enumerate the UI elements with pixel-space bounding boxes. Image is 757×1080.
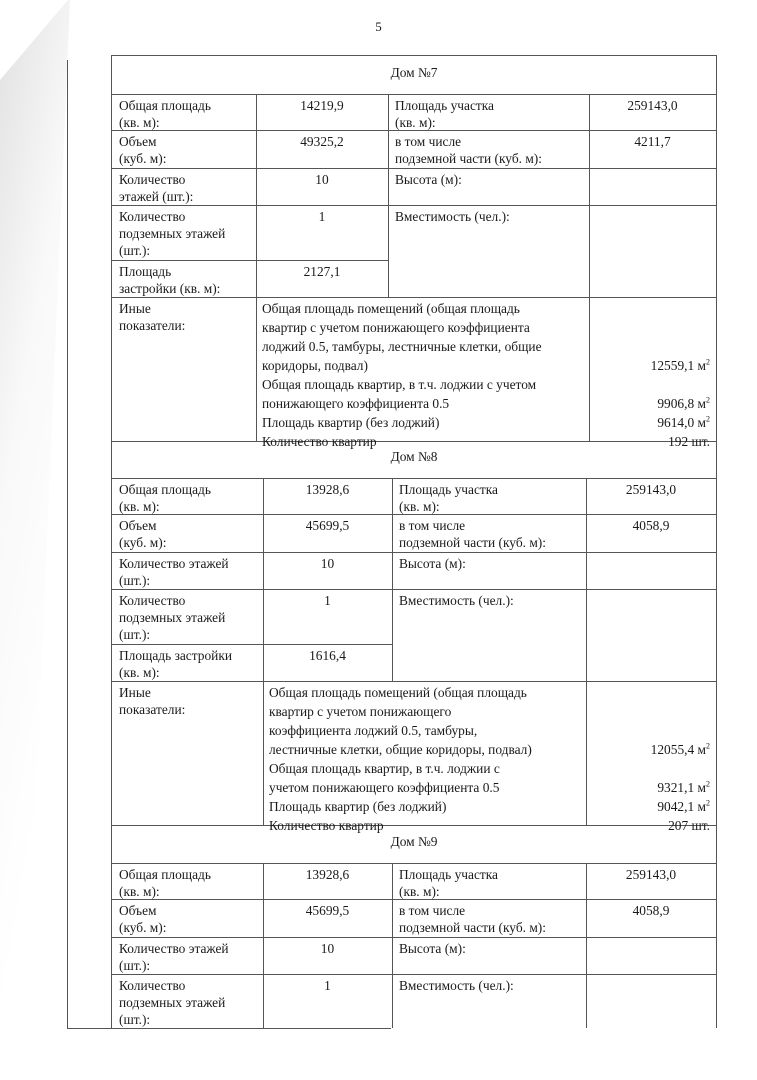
total-area-label: Общая площадь(кв. м): <box>112 866 263 900</box>
indicator-line: понижающего коэффициента 0.5 <box>262 395 583 414</box>
underground-floors-value: 1 <box>256 208 388 225</box>
other-indicators-label: Иныепоказатели: <box>112 684 263 718</box>
row-divider <box>112 644 392 645</box>
underground-floors-label: Количествоподземных этажей(шт.): <box>112 592 263 643</box>
spacer <box>589 376 710 395</box>
house-title: Дом №9 <box>112 834 716 850</box>
indicator-line: квартир с учетом понижающего коэффициент… <box>262 319 583 338</box>
underground-floors-value: 1 <box>263 977 392 994</box>
floors-label: Количествоэтажей (шт.): <box>112 171 256 205</box>
volume-label: Объем(куб. м): <box>112 133 256 167</box>
indicator-line: лоджий 0.5, тамбуры, лестничные клетки, … <box>262 338 583 357</box>
indicator-value: 9042,1 м2 <box>586 798 710 817</box>
indicator-line: Общая площадь помещений (общая площадь <box>262 300 583 319</box>
margin-line-bottom <box>67 1028 391 1029</box>
other-indicators-values: 12055,4 м29321,1 м29042,1 м2207 шт. <box>586 684 716 836</box>
indicator-value: 12559,1 м2 <box>589 357 710 376</box>
other-indicators-values: 12559,1 м29906,8 м29614,0 м2192 шт. <box>589 300 716 452</box>
row-divider <box>112 974 716 975</box>
spacer <box>586 703 710 722</box>
spacer <box>586 760 710 779</box>
total-area-value: 14219,9 <box>256 97 388 114</box>
indicator-line: Общая площадь квартир, в т.ч. лоджии с <box>269 760 580 779</box>
scan-shadow <box>0 0 70 1080</box>
house-title: Дом №7 <box>112 65 716 81</box>
floors-label: Количество этажей(шт.): <box>112 940 263 974</box>
built-area-label: Площадьзастройки (кв. м): <box>112 263 256 297</box>
indicator-line: лестничные клетки, общие коридоры, подва… <box>269 741 580 760</box>
indicator-value: 9614,0 м2 <box>589 414 710 433</box>
floors-label: Количество этажей(шт.): <box>112 555 263 589</box>
plot-area-label: Площадь участка(кв. м): <box>392 866 586 900</box>
floors-value: 10 <box>263 555 392 572</box>
plot-area-value: 259143,0 <box>586 866 716 883</box>
indicator-line: коридоры, подвал) <box>262 357 583 376</box>
indicator-line: Общая площадь квартир, в т.ч. лоджии с у… <box>262 376 583 395</box>
row-divider <box>112 863 716 864</box>
height-label: Высота (м): <box>392 940 586 957</box>
indicator-line: Площадь квартир (без лоджий) <box>269 798 580 817</box>
underground-floors-label: Количествоподземных этажей(шт.): <box>112 208 256 259</box>
house-block: Дом №8Общая площадь(кв. м):13928,6Площад… <box>111 440 717 825</box>
col-divider <box>586 863 587 1028</box>
spacer <box>589 319 710 338</box>
col-divider <box>586 478 587 681</box>
spacer <box>586 722 710 741</box>
row-divider <box>112 937 716 938</box>
built-area-value: 1616,4 <box>263 647 392 664</box>
capacity-label: Вместимость (чел.): <box>392 592 586 609</box>
row-divider <box>112 589 716 590</box>
spacer <box>589 300 710 319</box>
row-divider <box>112 478 716 479</box>
volume-value: 49325,2 <box>256 133 388 150</box>
indicator-line: коэффициента лоджий 0.5, тамбуры, <box>269 722 580 741</box>
house-block: Дом №9Общая площадь(кв. м):13928,6Площад… <box>111 825 717 1028</box>
capacity-label: Вместимость (чел.): <box>388 208 589 225</box>
other-indicators-text: Общая площадь помещений (общая площадькв… <box>262 300 583 452</box>
floors-value: 10 <box>263 940 392 957</box>
spacer <box>586 684 710 703</box>
row-divider <box>112 297 716 298</box>
floors-value: 10 <box>256 171 388 188</box>
underground-volume-value: 4211,7 <box>589 133 716 150</box>
height-label: Высота (м): <box>392 555 586 572</box>
built-area-value: 2127,1 <box>256 263 388 280</box>
indicator-line: Площадь квартир (без лоджий) <box>262 414 583 433</box>
other-indicators-text: Общая площадь помещений (общая площадькв… <box>269 684 580 836</box>
total-area-label: Общая площадь(кв. м): <box>112 97 256 131</box>
underground-volume-value: 4058,9 <box>586 902 716 919</box>
house-block: Дом №7Общая площадь(кв. м):14219,9Площад… <box>111 55 717 441</box>
underground-volume-label: в том числеподземной части (куб. м): <box>388 133 589 167</box>
total-area-value: 13928,6 <box>263 481 392 498</box>
capacity-label: Вместимость (чел.): <box>392 977 586 994</box>
total-area-value: 13928,6 <box>263 866 392 883</box>
underground-floors-value: 1 <box>263 592 392 609</box>
underground-floors-label: Количествоподземных этажей(шт.): <box>112 977 263 1028</box>
row-divider <box>112 260 388 261</box>
volume-value: 45699,5 <box>263 517 392 534</box>
other-indicators-label: Иныепоказатели: <box>112 300 256 334</box>
col-divider <box>263 681 264 825</box>
indicator-line: Общая площадь помещений (общая площадь <box>269 684 580 703</box>
house-title: Дом №8 <box>112 449 716 465</box>
underground-volume-value: 4058,9 <box>586 517 716 534</box>
margin-line <box>67 60 68 1028</box>
row-divider <box>112 552 716 553</box>
volume-value: 45699,5 <box>263 902 392 919</box>
row-divider <box>112 681 716 682</box>
row-divider <box>112 168 716 169</box>
height-label: Высота (м): <box>388 171 589 188</box>
plot-area-value: 259143,0 <box>589 97 716 114</box>
indicator-value: 12055,4 м2 <box>586 741 710 760</box>
plot-area-value: 259143,0 <box>586 481 716 498</box>
spacer <box>589 338 710 357</box>
col-divider <box>589 94 590 297</box>
underground-volume-label: в том числеподземной части (куб. м): <box>392 902 586 936</box>
row-divider <box>112 205 716 206</box>
plot-area-label: Площадь участка(кв. м): <box>388 97 589 131</box>
indicator-line: квартир с учетом понижающего <box>269 703 580 722</box>
indicator-line: учетом понижающего коэффициента 0.5 <box>269 779 580 798</box>
indicator-value: 9906,8 м2 <box>589 395 710 414</box>
built-area-label: Площадь застройки(кв. м): <box>112 647 263 681</box>
total-area-label: Общая площадь(кв. м): <box>112 481 263 515</box>
underground-volume-label: в том числеподземной части (куб. м): <box>392 517 586 551</box>
volume-label: Объем(куб. м): <box>112 902 263 936</box>
volume-label: Объем(куб. м): <box>112 517 263 551</box>
row-divider <box>112 94 716 95</box>
col-divider <box>256 297 257 441</box>
page-number: 5 <box>0 19 757 35</box>
indicator-value: 9321,1 м2 <box>586 779 710 798</box>
plot-area-label: Площадь участка(кв. м): <box>392 481 586 515</box>
